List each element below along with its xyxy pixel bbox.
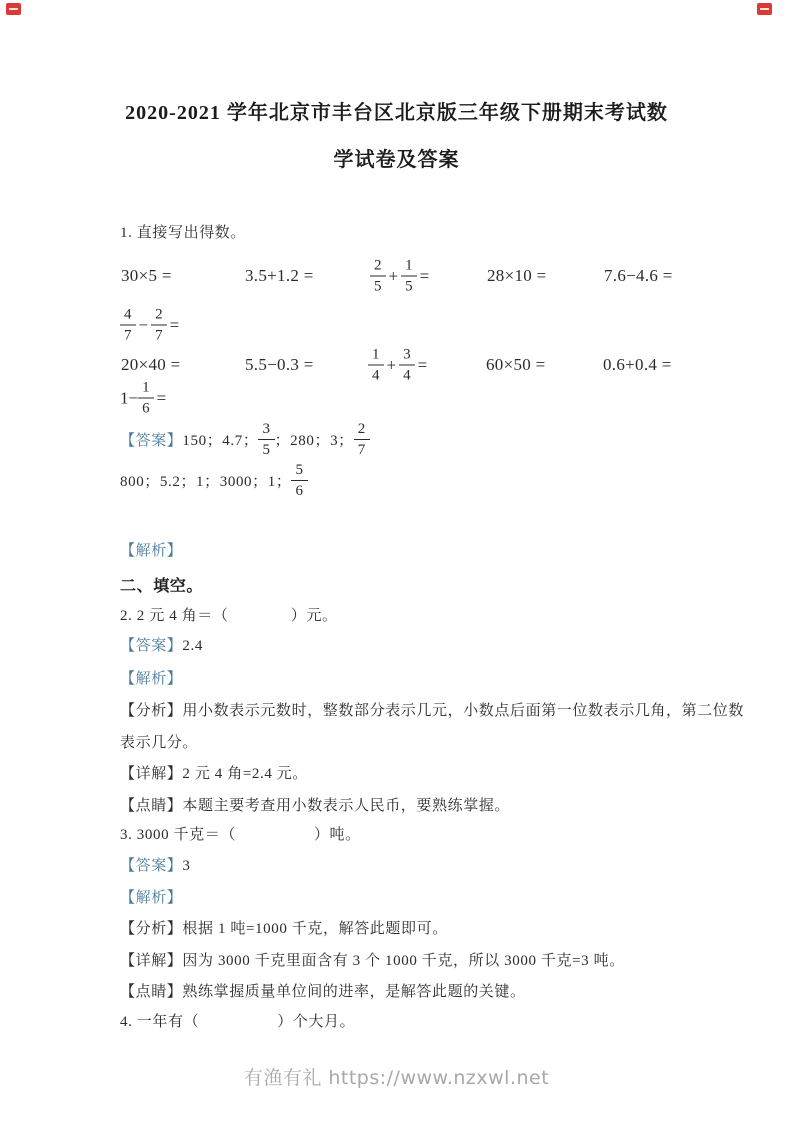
operator: + <box>387 355 397 375</box>
question-1-heading: 1. 直接写出得数。 <box>120 221 246 242</box>
question-3: 3. 3000 千克＝（ ）吨。 <box>120 823 361 844</box>
exam-paper-page: 2020-2021 学年北京市丰台区北京版三年级下册期末考试数 学试卷及答案 1… <box>0 0 793 1122</box>
equation: 3.5+1.2 = <box>245 266 314 286</box>
equation: 0.6+0.4 = <box>603 355 672 375</box>
q2-analysis-text: 【分析】用小数表示元数时，整数部分表示几元，小数点后面第一位数表示几角，第二位数 <box>120 699 744 720</box>
operator: + <box>389 266 399 286</box>
operator: − <box>139 315 149 335</box>
q1-answer-line-2: 800；5.2；1；3000；1； 56 <box>120 460 308 500</box>
analysis-label: 【解析】 <box>120 667 182 688</box>
page-title-line1: 2020-2021 学年北京市丰台区北京版三年级下册期末考试数 <box>0 96 793 125</box>
fraction: 15 <box>401 257 417 296</box>
equation: 28×10 = <box>487 266 547 286</box>
fraction: 35 <box>258 420 274 459</box>
fraction-equation: 25 + 15 = <box>370 257 432 296</box>
q3-note-text: 【点睛】熟练掌握质量单位间的进率，是解答此题的关键。 <box>120 980 526 1001</box>
fraction: 27 <box>354 420 370 459</box>
q2-answer-line: 【答案】2.4 <box>120 634 203 655</box>
equation: 30×5 = <box>121 266 172 286</box>
equation-row-1: 30×5 = 3.5+1.2 = 25 + 15 = 28×10 = 7.6−4… <box>0 247 793 305</box>
answer-values: ；280；3； <box>275 429 354 450</box>
equals-sign: = <box>157 388 167 408</box>
fraction-equation: 1− 16 = <box>120 379 169 418</box>
q3-detail-text: 【详解】因为 3000 千克里面含有 3 个 1000 千克，所以 3000 千… <box>120 949 625 970</box>
analysis-label: 【解析】 <box>120 539 182 560</box>
q1-answer-line-1: 【答案】 150；4.7； 35 ；280；3； 27 <box>120 417 370 461</box>
answer-value: 3 <box>182 858 190 874</box>
q2-detail-text: 【详解】2 元 4 角=2.4 元。 <box>120 762 308 783</box>
equation: 60×50 = <box>486 355 546 375</box>
equals-sign: = <box>170 315 180 335</box>
q2-analysis-text-cont: 表示几分。 <box>120 731 198 752</box>
q2-note-text: 【点睛】本题主要考查用小数表示人民币，要熟练掌握。 <box>120 794 510 815</box>
equation: 5.5−0.3 = <box>245 355 314 375</box>
operand: 1− <box>120 388 138 408</box>
analysis-label: 【解析】 <box>120 886 182 907</box>
question-2: 2. 2 元 4 角＝（ ）元。 <box>120 604 338 625</box>
page-title-line2: 学试卷及答案 <box>0 143 793 172</box>
q3-answer-line: 【答案】3 <box>120 854 191 875</box>
equation-row-4: 1− 16 = <box>0 374 793 422</box>
equation: 7.6−4.6 = <box>604 266 673 286</box>
q3-analysis-text: 【分析】根据 1 吨=1000 千克，解答此题即可。 <box>120 917 448 938</box>
equals-sign: = <box>420 266 430 286</box>
answer-values: 150；4.7； <box>182 429 258 450</box>
answer-label: 【答案】 <box>120 858 182 874</box>
equation: 20×40 = <box>121 355 181 375</box>
red-corner-mark-right <box>757 3 772 15</box>
answer-values: 800；5.2；1；3000；1； <box>120 470 291 491</box>
answer-label: 【答案】 <box>120 429 182 450</box>
site-watermark-footer: 有渔有礼 https://www.nzxwl.net <box>0 1063 793 1090</box>
fraction: 25 <box>370 257 386 296</box>
question-4: 4. 一年有（ ）个大月。 <box>120 1010 355 1031</box>
fraction: 16 <box>138 379 154 418</box>
answer-label: 【答案】 <box>120 638 182 654</box>
section-2-heading: 二、填空。 <box>120 573 203 596</box>
equals-sign: = <box>418 355 428 375</box>
red-corner-mark-left <box>6 3 21 15</box>
fraction: 56 <box>291 461 307 500</box>
answer-value: 2.4 <box>182 638 203 654</box>
